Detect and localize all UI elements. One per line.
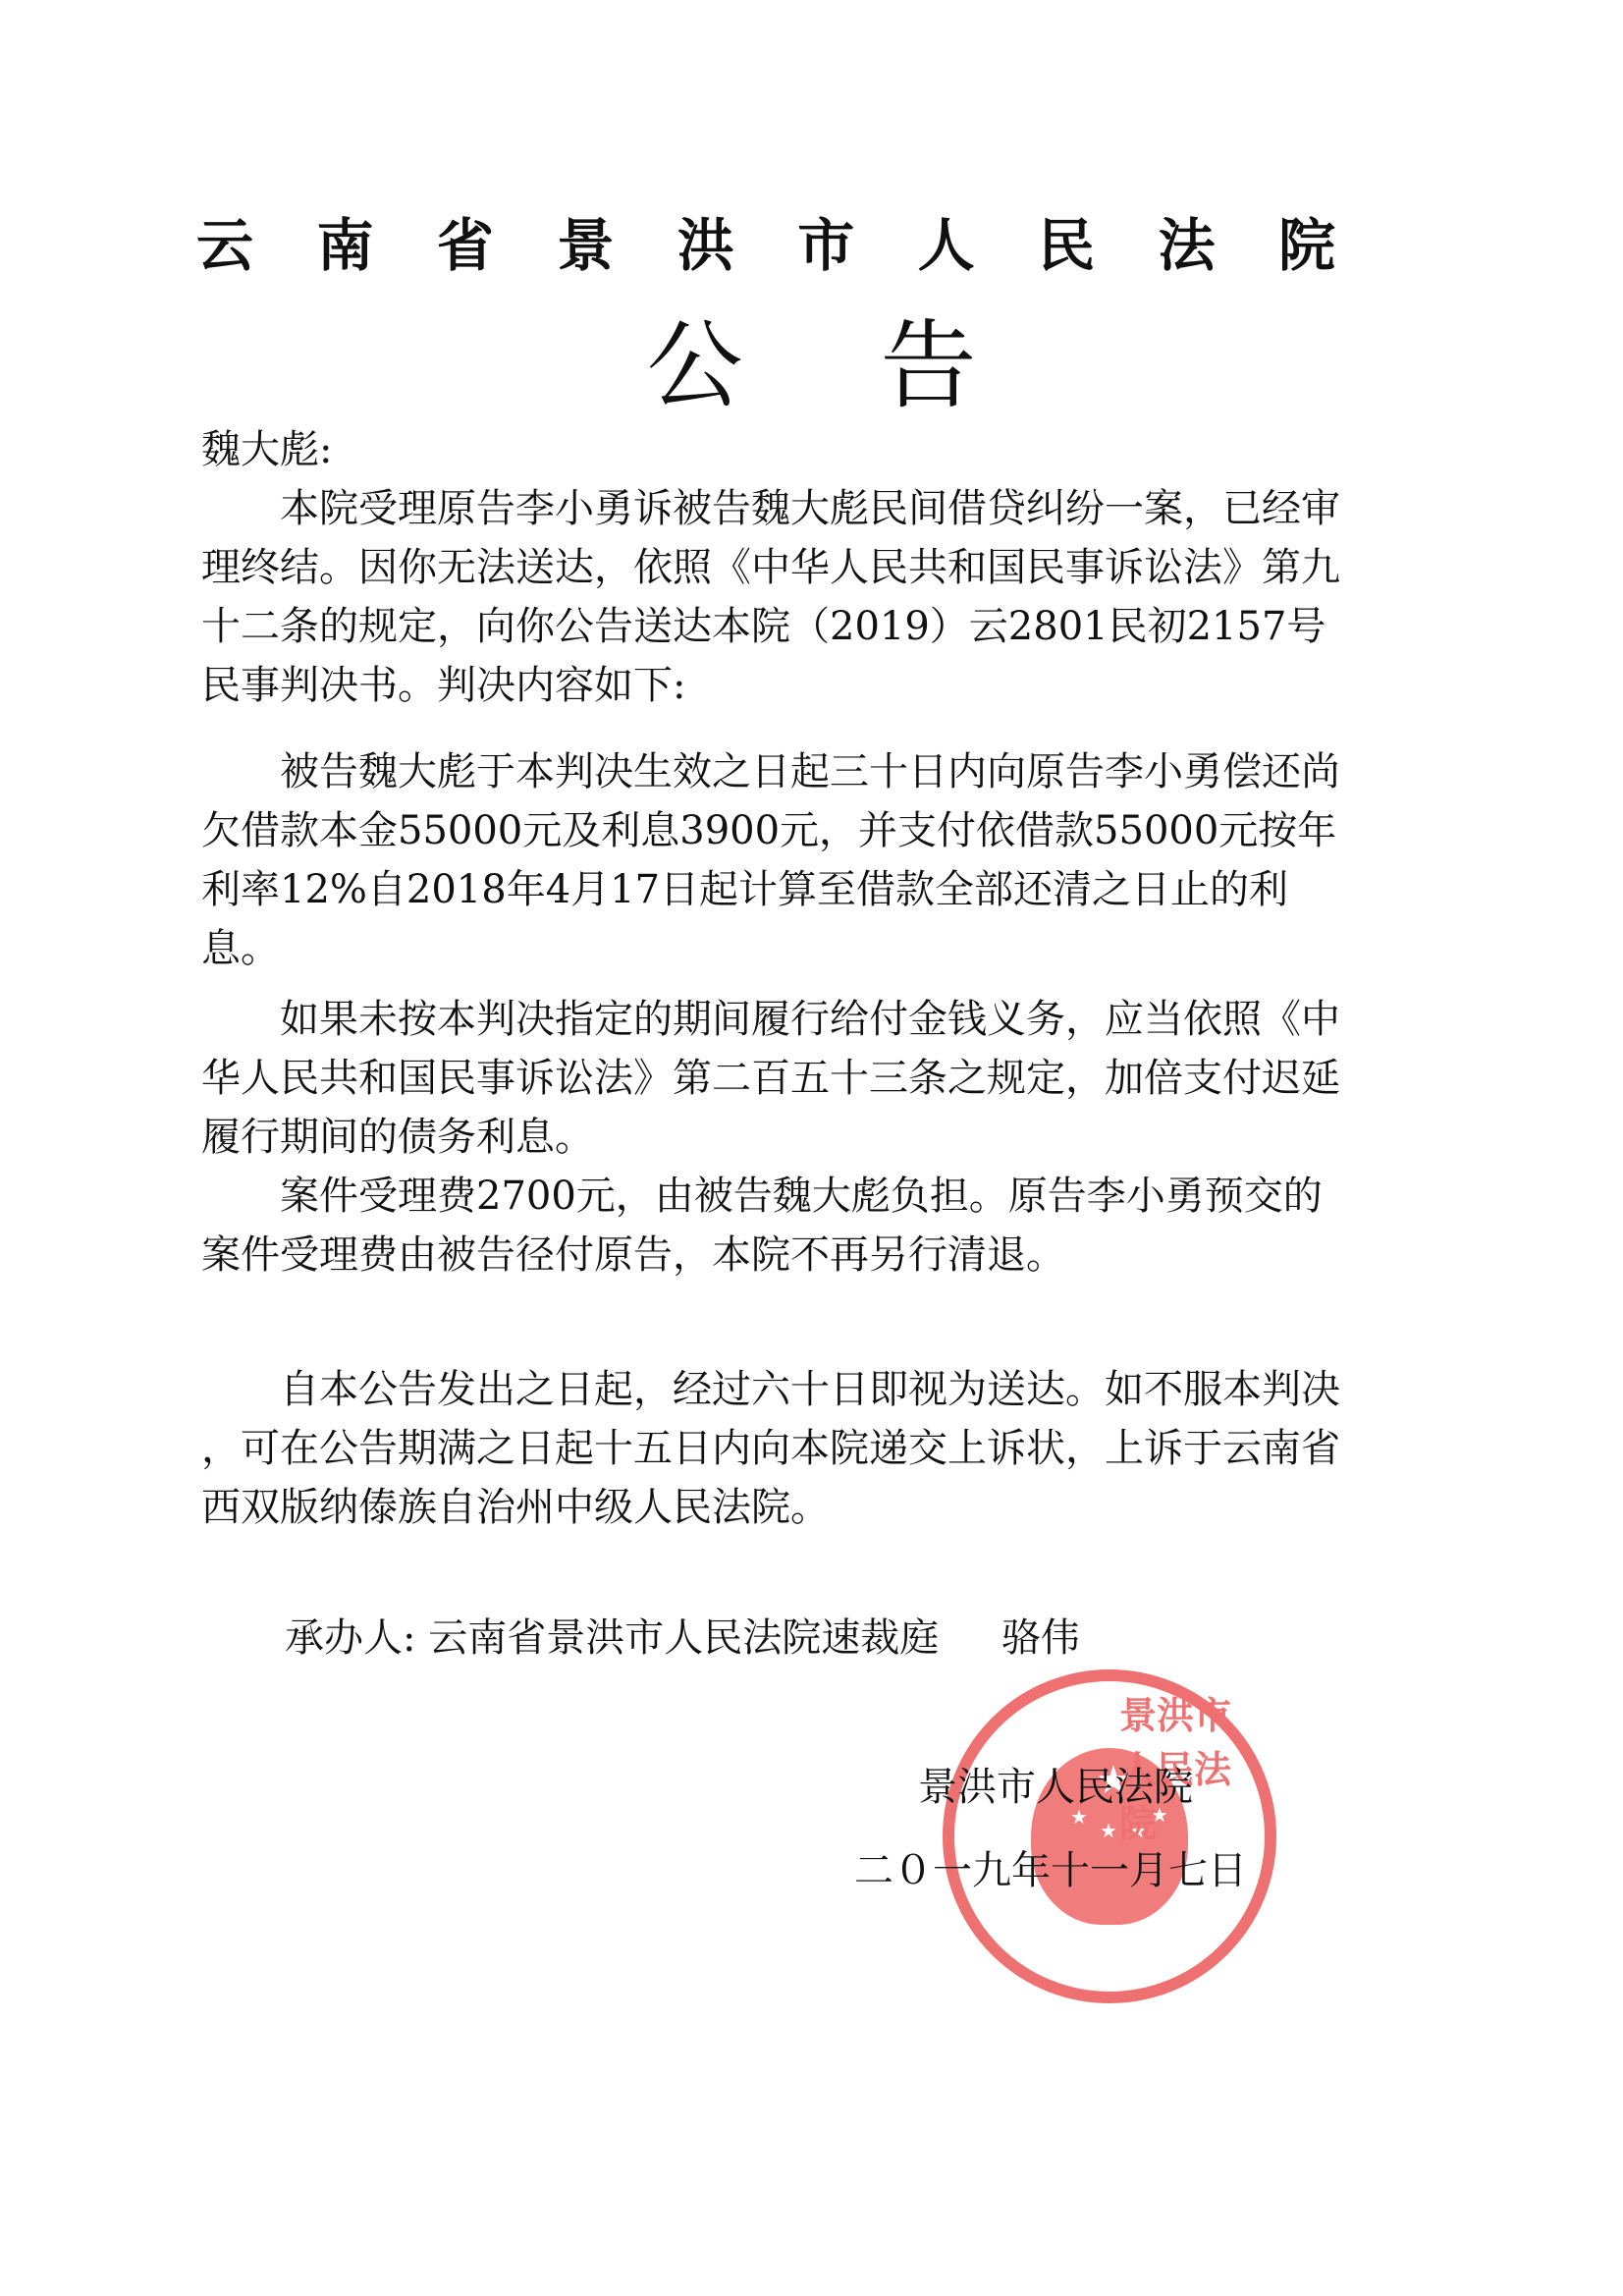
- court-name-char: 省: [437, 211, 494, 280]
- paragraph-judgment: 被告魏大彪于本判决生效之日起三十日内向原告李小勇偿还尚欠借款本金55000元及利…: [201, 742, 1350, 978]
- court-name-char: 南: [316, 211, 373, 280]
- paragraph-text: 本院受理原告李小勇诉被告魏大彪民间借贷纠纷一案，已经审理终结。因你无法送达，依照…: [201, 479, 1350, 715]
- paragraph-text: 案件受理费2700元，由被告魏大彪负担。原告李小勇预交的案件受理费由被告径付原告…: [201, 1167, 1350, 1285]
- paragraph-late-penalty: 如果未按本判决指定的期间履行给付金钱义务，应当依照《中华人民共和国民事诉讼法》第…: [201, 990, 1350, 1167]
- court-name-char: 市: [797, 211, 854, 280]
- signature-court-name: 景洪市人民法院: [918, 1758, 1193, 1817]
- star-icon: ★: [1100, 1819, 1117, 1842]
- salutation: 魏大彪:: [201, 420, 1350, 479]
- court-name-char: 人: [918, 211, 975, 280]
- court-name-char: 洪: [677, 211, 734, 280]
- paragraph-text: 如果未按本判决指定的期间履行给付金钱义务，应当依照《中华人民共和国民事诉讼法》第…: [201, 990, 1350, 1167]
- court-name-char: 院: [1278, 211, 1335, 280]
- court-name-char: 景: [557, 211, 614, 280]
- paragraph-text: 自本公告发出之日起，经过六十日即视为送达。如不服本判决 ，可在公告期满之日起十五…: [201, 1360, 1350, 1537]
- paragraph-court-fee: 案件受理费2700元，由被告魏大彪负担。原告李小勇预交的案件受理费由被告径付原告…: [201, 1167, 1350, 1285]
- court-name-char: 云: [196, 211, 253, 280]
- paragraph-appeal-notice: 自本公告发出之日起，经过六十日即视为送达。如不服本判决 ，可在公告期满之日起十五…: [201, 1360, 1350, 1537]
- notice-page: 云 南 省 景 洪 市 人 民 法 院 公告 魏大彪: 本院受理原告李小勇诉被告…: [0, 0, 1623, 2296]
- court-seal-stamp: ★ ★ ★ ★ ★ 景洪市人民法院: [943, 1669, 1276, 2003]
- paragraph-text: 被告魏大彪于本判决生效之日起三十日内向原告李小勇偿还尚欠借款本金55000元及利…: [201, 742, 1350, 978]
- court-name-char: 民: [1038, 211, 1095, 280]
- case-handler-line: 承办人: 云南省景洪市人民法院速裁庭 骆伟: [285, 1609, 1080, 1667]
- paragraph-case-intro: 本院受理原告李小勇诉被告魏大彪民间借贷纠纷一案，已经审理终结。因你无法送达，依照…: [201, 479, 1350, 715]
- court-name-heading: 云 南 省 景 洪 市 人 民 法 院: [196, 211, 1335, 280]
- signature-date: 二０一九年十一月七日: [854, 1841, 1247, 1900]
- notice-title: 公告: [0, 312, 1623, 420]
- court-name-char: 法: [1159, 211, 1216, 280]
